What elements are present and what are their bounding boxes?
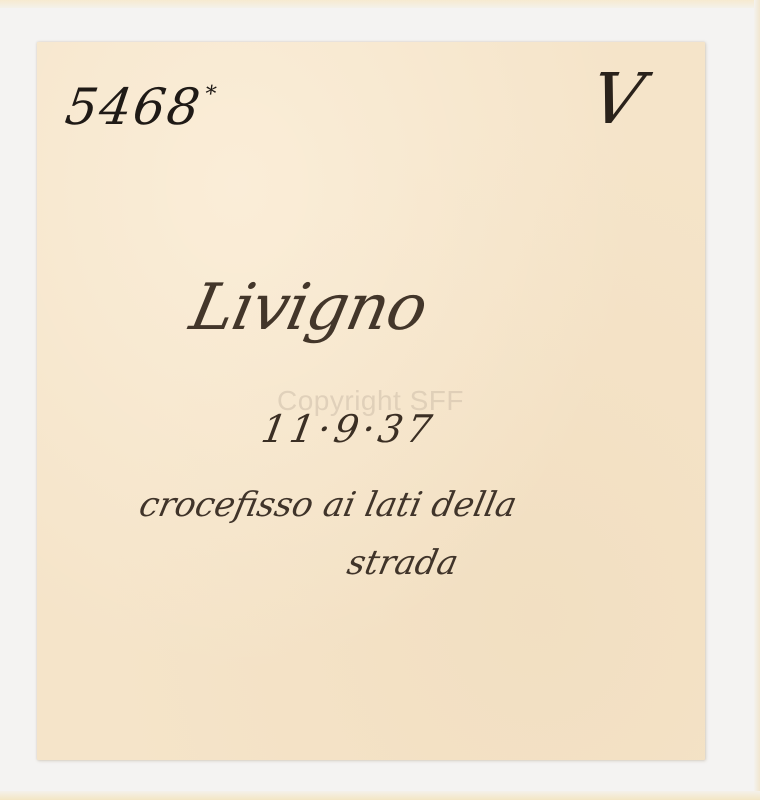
scan-edge-right xyxy=(754,0,760,800)
catalog-number-value: 5468 xyxy=(62,78,205,136)
scan-edge-bottom xyxy=(0,791,760,800)
description-line-2: strada xyxy=(344,546,461,580)
description-line-1: crocefisso ai lati della xyxy=(136,488,519,522)
date: 11·9·37 xyxy=(259,410,439,448)
place-name: Livigno xyxy=(185,276,432,340)
catalog-number: 5468* xyxy=(62,82,217,132)
scan-edge-top xyxy=(0,0,760,8)
scan-background: 5468* V Livigno Copyright SFF 11·9·37 cr… xyxy=(0,0,760,800)
